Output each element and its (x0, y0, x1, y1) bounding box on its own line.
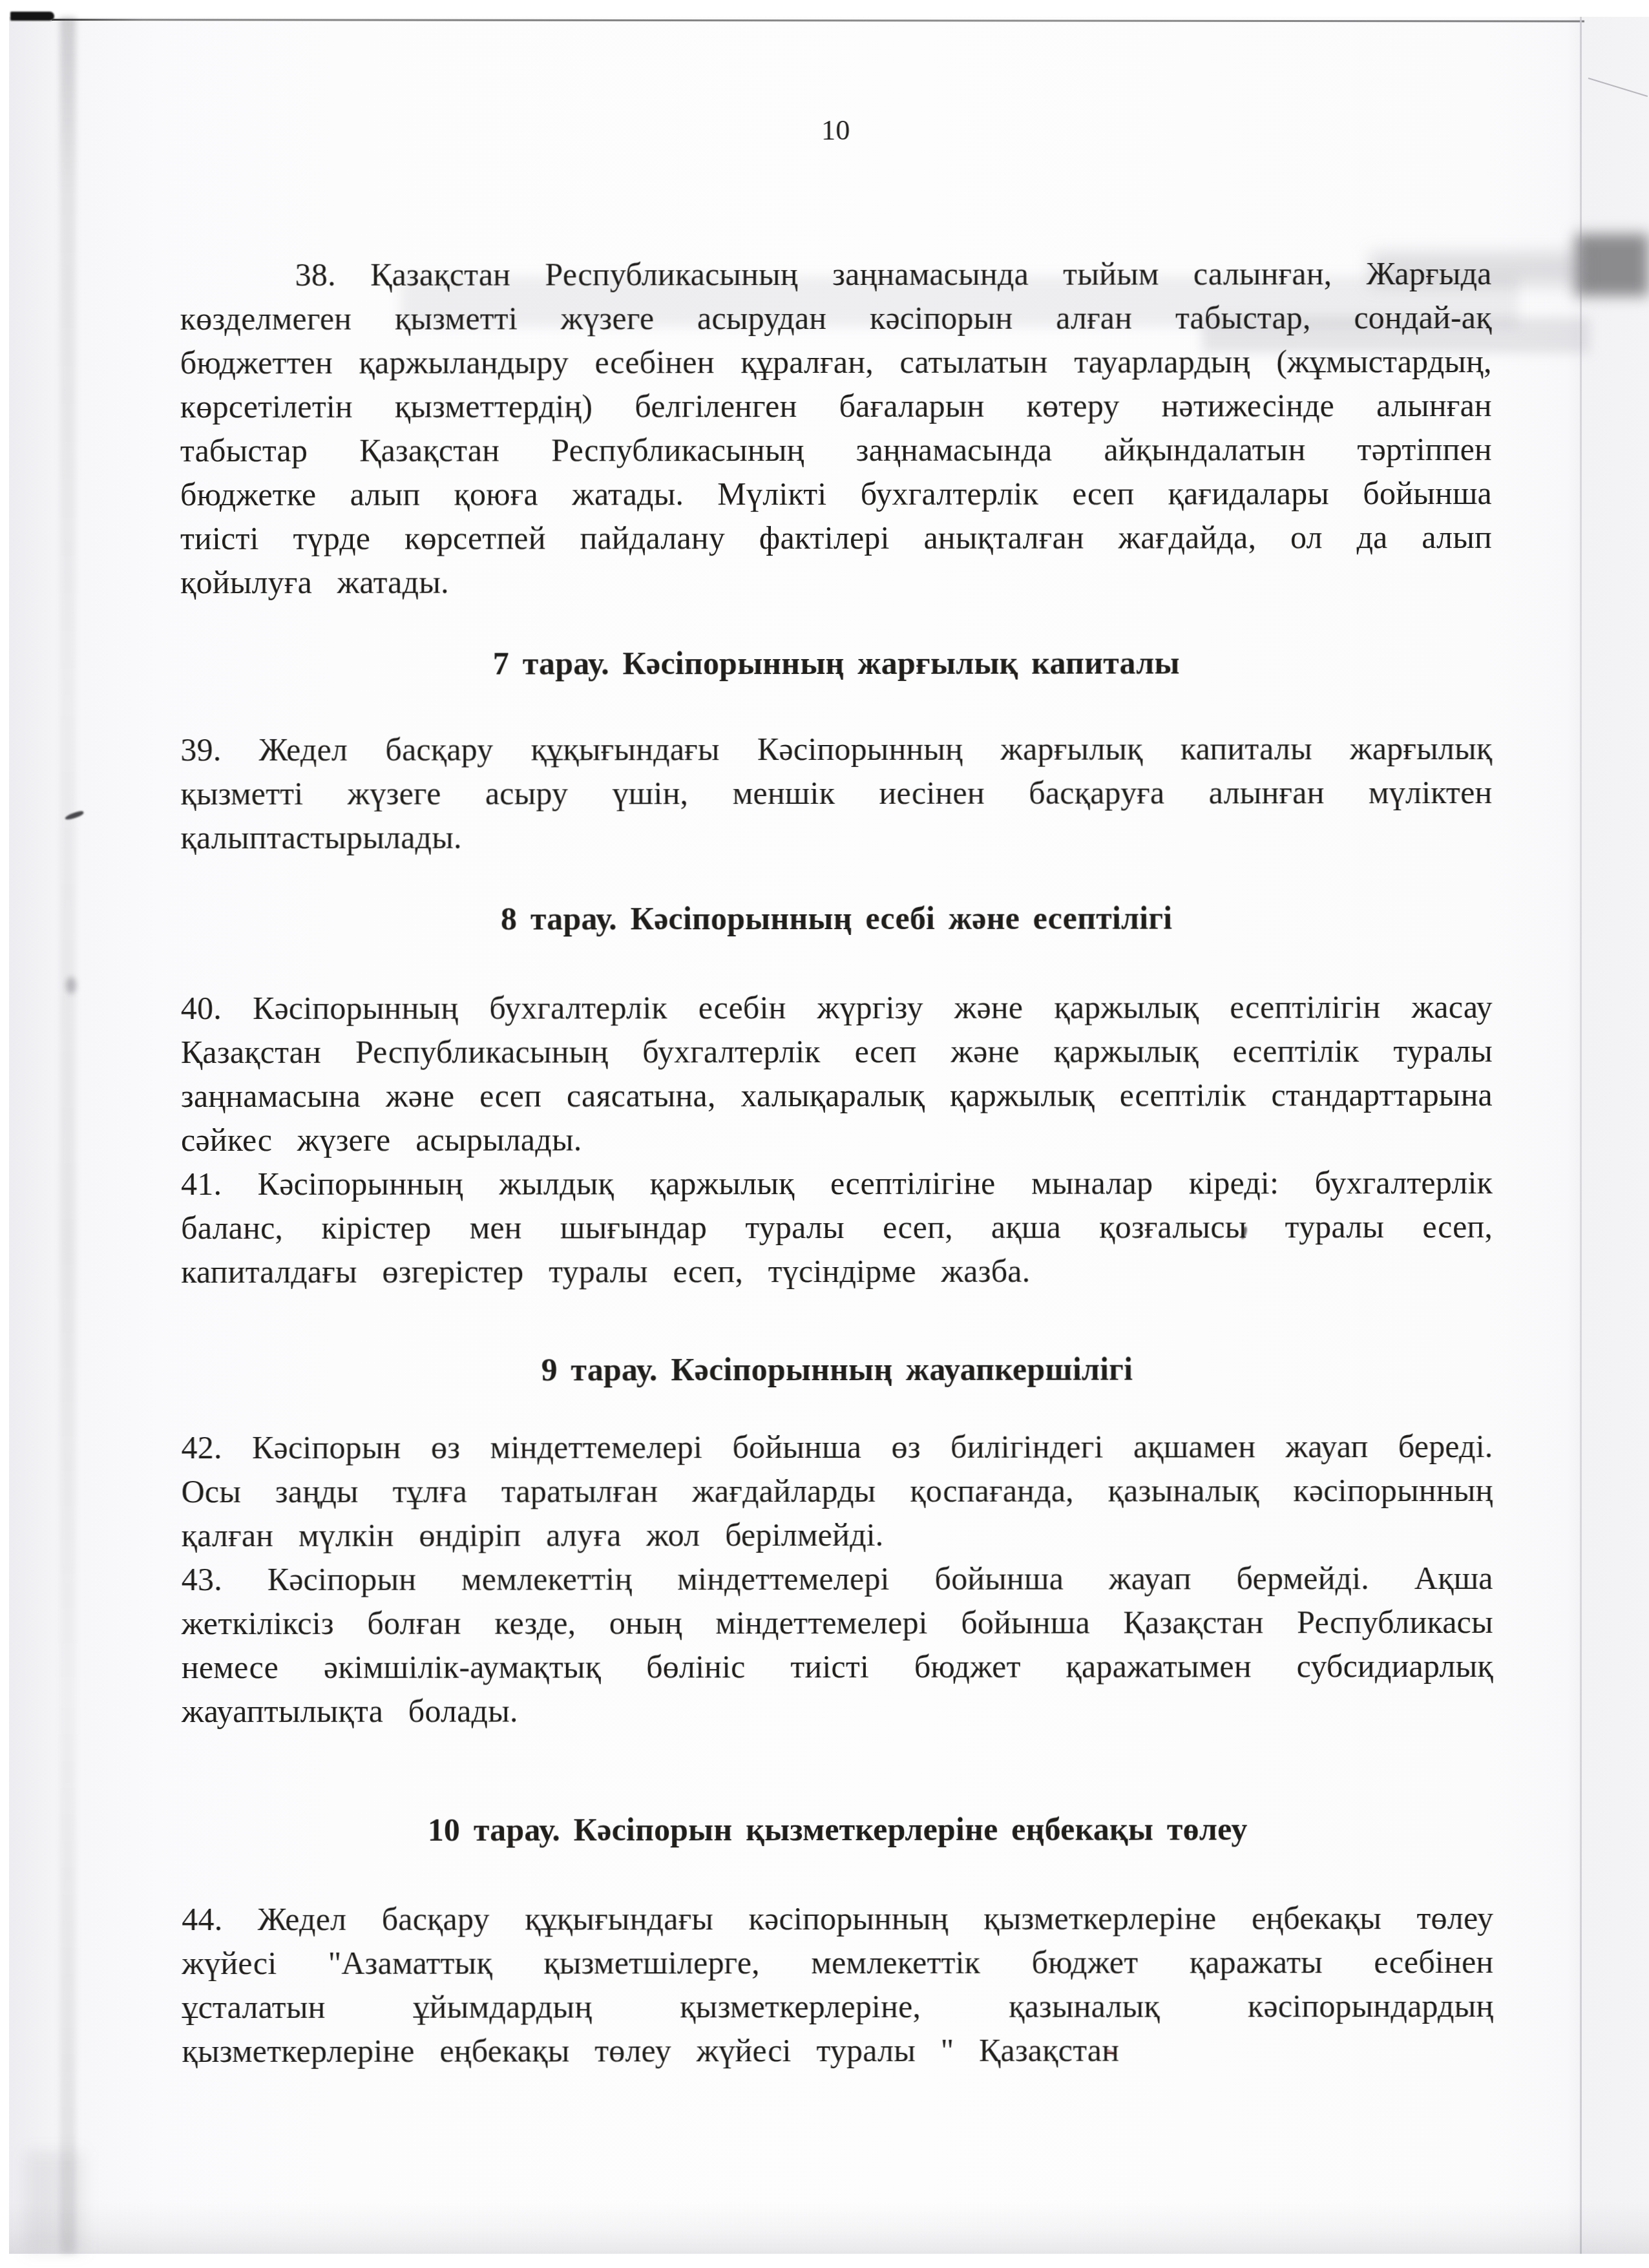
paragraph-42: 42. Кәсіпорын өз міндеттемелері бойынша … (181, 1424, 1493, 1557)
chapter-7-heading: 7 тарау. Кәсіпорынның жарғылық капиталы (180, 640, 1492, 685)
page-number: 10 (180, 108, 1491, 153)
paragraph-40: 40. Кәсіпорынның бухгалтерлік есебін жүр… (181, 985, 1493, 1162)
paragraph-44: 44. Жедел басқару құқығындағы кәсіпорынн… (182, 1896, 1493, 2073)
paragraph-43: 43. Кәсіпорын мемлекеттің міндеттемелері… (182, 1556, 1493, 1733)
paragraph-38: 38. Қазақстан Республикасының заңнамасын… (180, 251, 1493, 604)
scanned-document-page: 10 38. Қазақстан Республикасының заңнама… (0, 0, 1649, 2268)
chapter-9-heading: 9 тарау. Кәсіпорынның жауапкершілігі (181, 1346, 1493, 1391)
text-layer: 10 38. Қазақстан Республикасының заңнама… (0, 0, 1649, 2268)
paragraph-41: 41. Кәсіпорынның жылдық қаржылық есептіл… (181, 1160, 1493, 1294)
paragraph-39: 39. Жедел басқару құқығындағы Кәсіпорынн… (180, 726, 1492, 859)
chapter-10-heading: 10 тарау. Кәсіпорын қызметкерлеріне еңбе… (182, 1806, 1493, 1851)
chapter-8-heading: 8 тарау. Кәсіпорынның есебі және есептіл… (181, 895, 1493, 940)
